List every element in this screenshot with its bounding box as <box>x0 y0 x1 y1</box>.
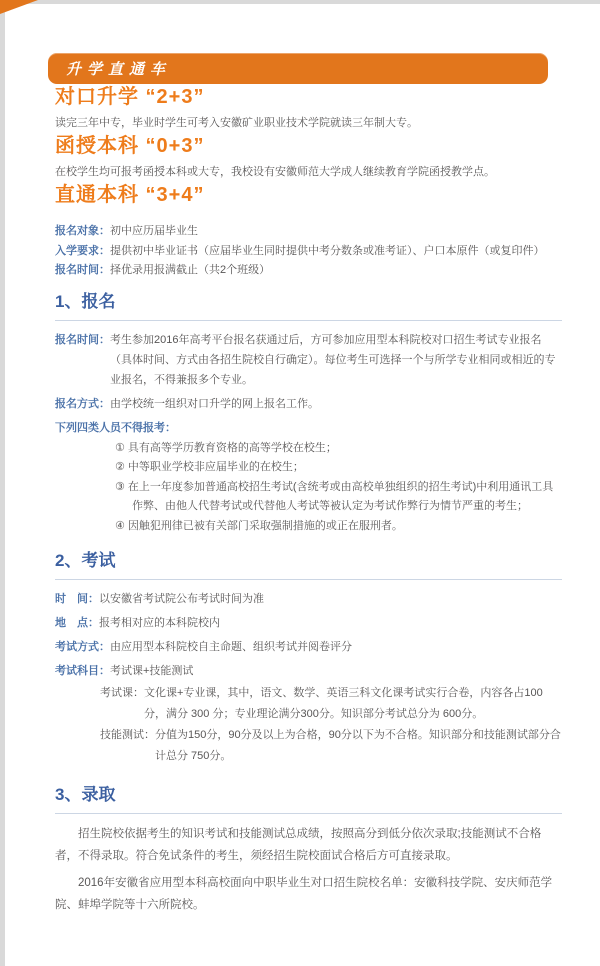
section2-row-place: 地 点： 报考相对应的本科院校内 <box>55 613 562 633</box>
banned-list: ① 具有高等学历教育资格的高等学校在校生； ② 中等职业学校非应届毕业的在校生；… <box>55 439 562 537</box>
enroll-info-text: 择优录用报满截止（共2个班级） <box>110 261 270 281</box>
enroll-info-text: 提供初中毕业证书（应届毕业生同时提供中考分数条或准考证）、户口本原件（或复印件） <box>110 242 545 262</box>
row-text: 由应用型本科院校自主命题、组织考试并阅卷评分 <box>110 637 562 657</box>
section-title-baoming: 1、报名 <box>55 291 562 321</box>
banner-badge-label: 升学直通车 <box>66 58 171 79</box>
program-desc-hanshou: 在校学生均可报考函授本科或大专，我校设有安徽师范大学成人继续教育学院函授教学点。 <box>55 163 562 182</box>
subrow-label: 考试课： <box>100 683 144 725</box>
banned-note-label: 下列四类人员不得报考： <box>55 418 562 438</box>
row-label: 报名方式： <box>55 394 110 414</box>
page-content: 升学直通车 对口升学 “2+3” 读完三年中专，毕业时学生可考入安徽矿业职业技术… <box>5 53 600 916</box>
section1-row-method: 报名方式： 由学校统一组织对口升学的网上报名工作。 <box>55 394 562 414</box>
enroll-info-text: 初中应历届毕业生 <box>110 222 198 242</box>
enroll-info-row-target: 报名对象： 初中应历届毕业生 <box>55 222 562 242</box>
program-title-zhitong: 直通本科 “3+4” <box>55 182 562 208</box>
admission-paragraph: 招生院校依据考生的知识考试和技能测试总成绩，按照高分到低分依次录取;技能测试不合… <box>55 824 562 867</box>
enroll-info-row-time: 报名时间： 择优录用报满截止（共2个班级） <box>55 261 562 281</box>
exam-detail-skill: 技能测试： 分值为150分，90分及以上为合格，90分以下为不合格。知识部分和技… <box>100 725 562 767</box>
section1-row-time: 报名时间： 考生参加2016年高考平台报名获通过后，方可参加应用型本科院校对口招… <box>55 330 562 390</box>
page: 升学直通车 对口升学 “2+3” 读完三年中专，毕业时学生可考入安徽矿业职业技术… <box>5 4 600 966</box>
subrow-text: 文化课+专业课，其中，语文、数学、英语三科文化课考试实行合卷，内容各占100分，… <box>144 683 562 725</box>
program-title-hanshou: 函授本科 “0+3” <box>55 133 562 159</box>
enroll-info-label: 报名时间： <box>55 261 110 281</box>
enroll-info-label: 报名对象： <box>55 222 110 242</box>
section2-row-time: 时 间： 以安徽省考试院公布考试时间为准 <box>55 589 562 609</box>
exam-detail-course: 考试课： 文化课+专业课，其中，语文、数学、英语三科文化课考试实行合卷，内容各占… <box>100 683 562 725</box>
section-title-kaoshi: 2、考试 <box>55 550 562 580</box>
enroll-info-label: 入学要求： <box>55 242 110 262</box>
row-text: 报考相对应的本科院校内 <box>99 613 562 633</box>
row-text: 考试课+技能测试 <box>110 661 562 681</box>
row-text: 考生参加2016年高考平台报名获通过后，方可参加应用型本科院校对口招生考试专业报… <box>110 330 562 390</box>
exam-detail-block: 考试课： 文化课+专业课，其中，语文、数学、英语三科文化课考试实行合卷，内容各占… <box>100 683 562 767</box>
banned-list-item: ② 中等职业学校非应届毕业的在校生； <box>115 458 562 478</box>
row-label: 考试科目： <box>55 661 110 681</box>
banned-list-item: ① 具有高等学历教育资格的高等学校在校生； <box>115 439 562 459</box>
subrow-label: 技能测试： <box>100 725 155 767</box>
program-desc-duikou: 读完三年中专，毕业时学生可考入安徽矿业职业技术学院就读三年制大专。 <box>55 114 562 133</box>
section2-row-subjects: 考试科目： 考试课+技能测试 <box>55 661 562 681</box>
section2-row-method: 考试方式： 由应用型本科院校自主命题、组织考试并阅卷评分 <box>55 637 562 657</box>
corner-accent-triangle <box>0 0 38 14</box>
enroll-info-row-requirement: 入学要求： 提供初中毕业证书（应届毕业生同时提供中考分数条或准考证）、户口本原件… <box>55 242 562 262</box>
program-title-duikou: 对口升学 “2+3” <box>55 84 562 110</box>
banned-list-item: ③ 在上一年度参加普通高校招生考试(含统考或由高校单独组织的招生考试)中利用通讯… <box>115 478 562 517</box>
banned-list-item: ④ 因触犯刑律已被有关部门采取强制措施的或正在服刑者。 <box>115 517 562 537</box>
admission-paragraph: 2016年安徽省应用型本科高校面向中职毕业生对口招生院校名单：安徽科技学院、安庆… <box>55 873 562 916</box>
row-label: 时 间： <box>55 589 99 609</box>
enroll-info-block: 报名对象： 初中应历届毕业生 入学要求： 提供初中毕业证书（应届毕业生同时提供中… <box>55 222 562 281</box>
row-text: 由学校统一组织对口升学的网上报名工作。 <box>110 394 562 414</box>
subrow-text: 分值为150分，90分及以上为合格，90分以下为不合格。知识部分和技能测试部分合… <box>155 725 562 767</box>
row-label: 报名时间： <box>55 330 110 390</box>
section-title-luqu: 3、录取 <box>55 784 562 814</box>
row-label: 考试方式： <box>55 637 110 657</box>
banner-badge: 升学直通车 <box>48 53 548 84</box>
row-label: 地 点： <box>55 613 99 633</box>
row-text: 以安徽省考试院公布考试时间为准 <box>99 589 562 609</box>
